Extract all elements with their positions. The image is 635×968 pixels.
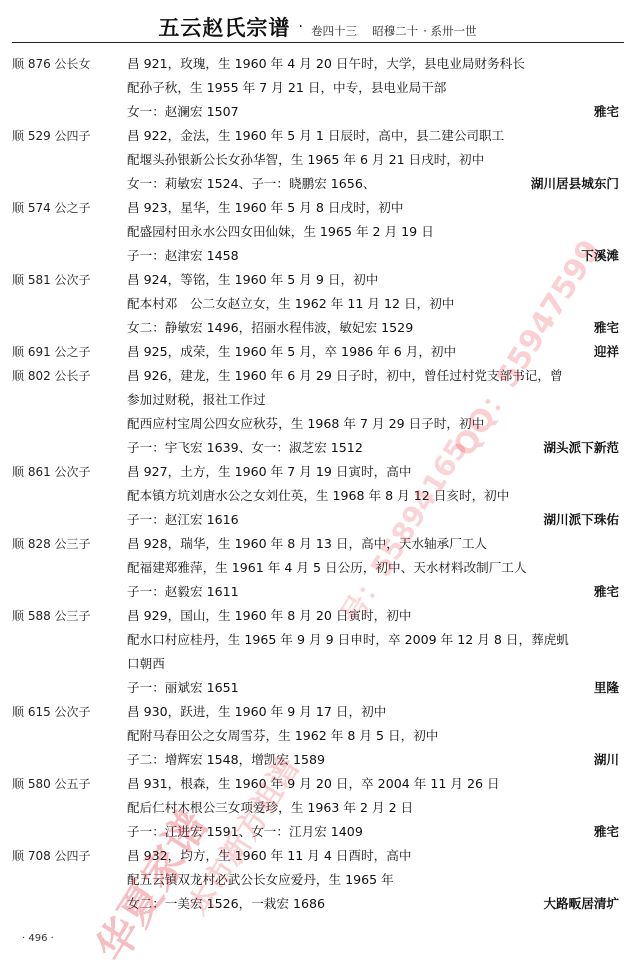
record-detail: 口朝西 — [127, 652, 165, 676]
record-detail: 女二：一美宏 1526，一栽宏 1686 — [127, 892, 325, 916]
entry-line: 顺 574 公之子昌 923，星华，生 1960 年 5 月 8 日戌时，初中 — [0, 196, 635, 220]
member-record: 昌 927，土方，生 1960 年 7 月 19 日寅时，高中 — [127, 460, 411, 484]
record-detail: 配本镇方坑刘唐水公之女刘仕英，生 1968 年 8 月 12 日亥时，初中 — [127, 484, 509, 508]
genealogy-entry: 顺 876 公长女昌 921，玫瑰，生 1960 年 4 月 20 日午时，大学… — [0, 52, 635, 124]
entry-line: 女一：赵澜宏 1507雅宅 — [0, 100, 635, 124]
genealogy-entry: 顺 615 公次子昌 930，跃进，生 1960 年 9 月 17 日，初中配附… — [0, 700, 635, 772]
member-record: 昌 929，国山，生 1960 年 8 月 20 日寅时，初中 — [127, 604, 411, 628]
entry-line: 配附马春田公之女周雪芬，生 1962 年 8 月 5 日，初中 — [0, 724, 635, 748]
record-detail: 子一：丽斌宏 1651 — [127, 676, 239, 700]
parent-reference: 顺 691 公之子 — [12, 340, 91, 364]
parent-reference: 顺 580 公五子 — [12, 772, 91, 796]
member-record: 昌 932，均方，生 1960 年 11 月 4 日酉时，高中 — [127, 844, 411, 868]
member-record: 昌 931，根森，生 1960 年 9 月 20 日，卒 2004 年 11 月… — [127, 772, 500, 796]
residence-place: 湖川居县城东门 — [531, 172, 619, 196]
genealogy-entries: 顺 876 公长女昌 921，玫瑰，生 1960 年 4 月 20 日午时，大学… — [0, 52, 635, 916]
entry-line: 配福建郑雅萍，生 1961 年 4 月 5 日公历，初中、天水材料改制厂工人 — [0, 556, 635, 580]
record-detail: 配水口村应桂丹，生 1965 年 9 月 9 日申时，卒 2009 年 12 月… — [127, 628, 569, 652]
entry-line: 配盛园村田永水公四女田仙妹，生 1965 年 2 月 19 日 — [0, 220, 635, 244]
residence-place: 湖川派下珠佑 — [543, 508, 619, 532]
residence-place: 雅宅 — [594, 580, 619, 604]
entry-line: 顺 828 公三子昌 928，瑞华，生 1960 年 8 月 13 日，高中，天… — [0, 532, 635, 556]
entry-line: 顺 580 公五子昌 931，根森，生 1960 年 9 月 20 日，卒 20… — [0, 772, 635, 796]
entry-line: 顺 861 公次子昌 927，土方，生 1960 年 7 月 19 日寅时，高中 — [0, 460, 635, 484]
record-detail: 配堰头孙银新公长女孙华智，生 1965 年 6 月 21 日戌时，初中 — [127, 148, 484, 172]
entry-line: 参加过财税，报社工作过 — [0, 388, 635, 412]
record-detail: 子一：赵毅宏 1611 — [127, 580, 239, 604]
record-detail: 子一：赵津宏 1458 — [127, 244, 239, 268]
entry-line: 顺 529 公四子昌 922，金法，生 1960 年 5 月 1 日辰时，高中，… — [0, 124, 635, 148]
genealogy-entry: 顺 574 公之子昌 923，星华，生 1960 年 5 月 8 日戌时，初中配… — [0, 196, 635, 268]
residence-place: 湖头派下新范 — [543, 436, 619, 460]
residence-place: 大路畈居清圹 — [543, 892, 619, 916]
entry-line: 女一：莉敏宏 1524、子一：晓鹏宏 1656、湖川居县城东门 — [0, 172, 635, 196]
member-record: 昌 926，建龙，生 1960 年 6 月 29 日子时，初中，曾任过村党支部书… — [127, 364, 563, 388]
record-detail: 配五云镇双龙村必武公长女应爱丹，生 1965 年 — [127, 868, 394, 892]
residence-place: 里隆 — [594, 676, 619, 700]
record-detail: 子二：增辉宏 1548，增凯宏 1589 — [127, 748, 325, 772]
parent-reference: 顺 861 公次子 — [12, 460, 91, 484]
parent-reference: 顺 802 公长子 — [12, 364, 91, 388]
residence-place: 湖川 — [594, 748, 619, 772]
record-detail: 配后仁村木根公三女项爱珍，生 1963 年 2 月 2 日 — [127, 796, 413, 820]
record-detail: 女二：静敏宏 1496，招丽水程伟波，敏妃宏 1529 — [127, 316, 413, 340]
parent-reference: 顺 876 公长女 — [12, 52, 91, 76]
genealogy-entry: 顺 580 公五子昌 931，根森，生 1960 年 9 月 20 日，卒 20… — [0, 772, 635, 844]
member-record: 昌 924，等铭，生 1960 年 5 月 9 日，初中 — [127, 268, 378, 292]
page-header: 五云赵氏宗谱 · 卷四十三 昭穆二十 · 系卅一世 — [0, 12, 635, 42]
entry-line: 口朝西 — [0, 652, 635, 676]
entry-line: 子一：赵津宏 1458下溪滩 — [0, 244, 635, 268]
entry-line: 配西应村宝周公四女应秋芬，生 1968 年 7 月 29 日子时，初中 — [0, 412, 635, 436]
genealogy-entry: 顺 828 公三子昌 928，瑞华，生 1960 年 8 月 13 日，高中，天… — [0, 532, 635, 604]
residence-place: 雅宅 — [594, 820, 619, 844]
genealogy-entry: 顺 529 公四子昌 922，金法，生 1960 年 5 月 1 日辰时，高中，… — [0, 124, 635, 196]
member-record: 昌 923，星华，生 1960 年 5 月 8 日戌时，初中 — [127, 196, 403, 220]
generation-label: · 系卅一世 — [423, 24, 476, 38]
branch-label: 昭穆二十 — [372, 24, 418, 38]
member-record: 昌 921，玫瑰，生 1960 年 4 月 20 日午时，大学，县电业局财务科长 — [127, 52, 525, 76]
record-detail: 配本村邓 公二女赵立女，生 1962 年 11 月 12 日，初中 — [127, 292, 454, 316]
genealogy-entry: 顺 802 公长子昌 926，建龙，生 1960 年 6 月 29 日子时，初中… — [0, 364, 635, 460]
entry-line: 顺 691 公之子昌 925，成荣，生 1960 年 5 月，卒 1986 年 … — [0, 340, 635, 364]
genealogy-entry: 顺 691 公之子昌 925，成荣，生 1960 年 5 月，卒 1986 年 … — [0, 340, 635, 364]
residence-place: 迎祥 — [594, 340, 619, 364]
entry-line: 女二：一美宏 1526，一栽宏 1686大路畈居清圹 — [0, 892, 635, 916]
entry-line: 配五云镇双龙村必武公长女应爱丹，生 1965 年 — [0, 868, 635, 892]
entry-line: 顺 615 公次子昌 930，跃进，生 1960 年 9 月 17 日，初中 — [0, 700, 635, 724]
parent-reference: 顺 581 公次子 — [12, 268, 91, 292]
parent-reference: 顺 615 公次子 — [12, 700, 91, 724]
genealogy-entry: 顺 861 公次子昌 927，土方，生 1960 年 7 月 19 日寅时，高中… — [0, 460, 635, 532]
entry-line: 配后仁村木根公三女项爱珍，生 1963 年 2 月 2 日 — [0, 796, 635, 820]
entry-line: 子一：赵毅宏 1611雅宅 — [0, 580, 635, 604]
entry-line: 配水口村应桂丹，生 1965 年 9 月 9 日申时，卒 2009 年 12 月… — [0, 628, 635, 652]
book-title: 五云赵氏宗谱 — [158, 15, 290, 40]
entry-line: 顺 588 公三子昌 929，国山，生 1960 年 8 月 20 日寅时，初中 — [0, 604, 635, 628]
record-detail: 配西应村宝周公四女应秋芬，生 1968 年 7 月 29 日子时，初中 — [127, 412, 484, 436]
parent-reference: 顺 828 公三子 — [12, 532, 91, 556]
genealogy-entry: 顺 588 公三子昌 929，国山，生 1960 年 8 月 20 日寅时，初中… — [0, 604, 635, 700]
entry-line: 顺 708 公四子昌 932，均方，生 1960 年 11 月 4 日酉时，高中 — [0, 844, 635, 868]
record-detail: 配盛园村田永水公四女田仙妹，生 1965 年 2 月 19 日 — [127, 220, 434, 244]
header-divider — [12, 42, 624, 43]
residence-place: 雅宅 — [594, 316, 619, 340]
entry-line: 顺 876 公长女昌 921，玫瑰，生 1960 年 4 月 20 日午时，大学… — [0, 52, 635, 76]
parent-reference: 顺 708 公四子 — [12, 844, 91, 868]
genealogy-entry: 顺 708 公四子昌 932，均方，生 1960 年 11 月 4 日酉时，高中… — [0, 844, 635, 916]
record-detail: 配福建郑雅萍，生 1961 年 4 月 5 日公历，初中、天水材料改制厂工人 — [127, 556, 527, 580]
record-detail: 子一：赵江宏 1616 — [127, 508, 239, 532]
entry-line: 子二：增辉宏 1548，增凯宏 1589湖川 — [0, 748, 635, 772]
entry-line: 配堰头孙银新公长女孙华智，生 1965 年 6 月 21 日戌时，初中 — [0, 148, 635, 172]
member-record: 昌 928，瑞华，生 1960 年 8 月 13 日，高中，天水轴承厂工人 — [127, 532, 487, 556]
entry-line: 子一：丽斌宏 1651里隆 — [0, 676, 635, 700]
header-separator: · — [299, 19, 303, 35]
entry-line: 配本村邓 公二女赵立女，生 1962 年 11 月 12 日，初中 — [0, 292, 635, 316]
member-record: 昌 925，成荣，生 1960 年 5 月，卒 1986 年 6 月，初中 — [127, 340, 456, 364]
volume-label: 卷四十三 — [311, 24, 357, 38]
record-detail: 配孙子秋，生 1955 年 7 月 21 日，中专，县电业局干部 — [127, 76, 446, 100]
entry-line: 配本镇方坑刘唐水公之女刘仕英，生 1968 年 8 月 12 日亥时，初中 — [0, 484, 635, 508]
entry-line: 子一：赵江宏 1616湖川派下珠佑 — [0, 508, 635, 532]
record-detail: 子一：宇飞宏 1639、女一：淑芝宏 1512 — [127, 436, 363, 460]
entry-line: 顺 802 公长子昌 926，建龙，生 1960 年 6 月 29 日子时，初中… — [0, 364, 635, 388]
page-number: · 496 · — [22, 933, 54, 944]
record-detail: 女一：赵澜宏 1507 — [127, 100, 239, 124]
residence-place: 雅宅 — [594, 100, 619, 124]
record-detail: 子一：江进宏 1591、女一：江月宏 1409 — [127, 820, 363, 844]
parent-reference: 顺 588 公三子 — [12, 604, 91, 628]
residence-place: 下溪滩 — [581, 244, 619, 268]
entry-line: 子一：江进宏 1591、女一：江月宏 1409雅宅 — [0, 820, 635, 844]
genealogy-entry: 顺 581 公次子昌 924，等铭，生 1960 年 5 月 9 日，初中配本村… — [0, 268, 635, 340]
record-detail: 女一：莉敏宏 1524、子一：晓鹏宏 1656、 — [127, 172, 375, 196]
record-detail: 配附马春田公之女周雪芬，生 1962 年 8 月 5 日，初中 — [127, 724, 438, 748]
parent-reference: 顺 574 公之子 — [12, 196, 91, 220]
member-record: 昌 930，跃进，生 1960 年 9 月 17 日，初中 — [127, 700, 386, 724]
entry-line: 配孙子秋，生 1955 年 7 月 21 日，中专，县电业局干部 — [0, 76, 635, 100]
parent-reference: 顺 529 公四子 — [12, 124, 91, 148]
entry-line: 子一：宇飞宏 1639、女一：淑芝宏 1512湖头派下新范 — [0, 436, 635, 460]
entry-line: 女二：静敏宏 1496，招丽水程伟波，敏妃宏 1529雅宅 — [0, 316, 635, 340]
member-record: 昌 922，金法，生 1960 年 5 月 1 日辰时，高中，县二建公司职工 — [127, 124, 504, 148]
record-detail: 参加过财税，报社工作过 — [127, 388, 266, 412]
entry-line: 顺 581 公次子昌 924，等铭，生 1960 年 5 月 9 日，初中 — [0, 268, 635, 292]
